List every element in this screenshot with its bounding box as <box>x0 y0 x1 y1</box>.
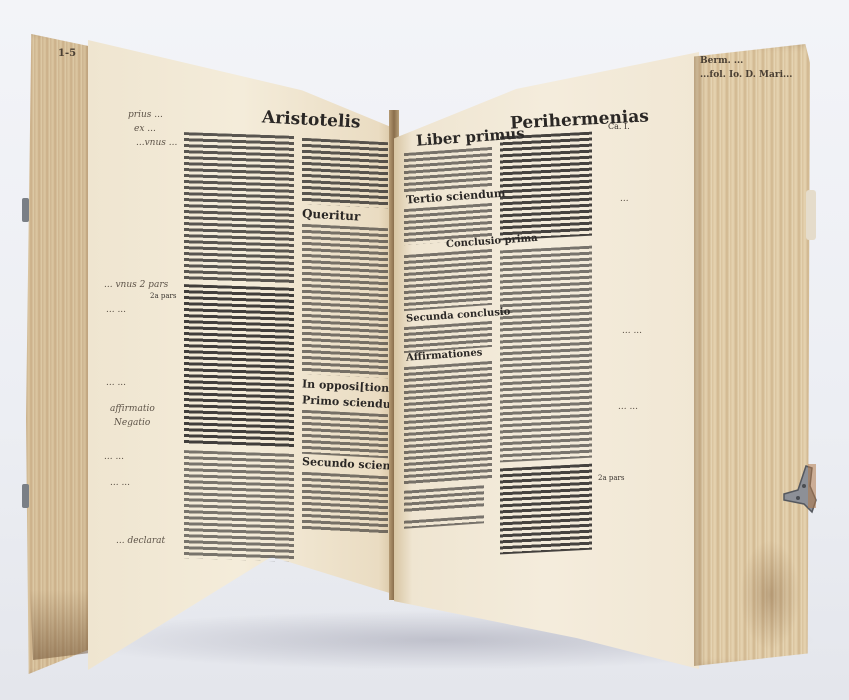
marginalia-left-top-3: ...vnus ... <box>136 138 177 148</box>
marginalia-left-bottom-3: ... declarat <box>116 536 165 546</box>
right-column-2-text-large-bottom <box>500 464 592 555</box>
left-column-1-text-large <box>184 284 294 448</box>
left-column-2-text-top <box>302 138 388 209</box>
chapter-label: Ca. I. <box>608 122 630 131</box>
left-edge-annotation: 1-5 <box>58 48 76 59</box>
clasp-strap-upper <box>806 190 816 240</box>
right-column-1-text-top <box>404 147 492 193</box>
marginalia-left-top-2: ex ... <box>134 124 156 134</box>
right-column-2-text-large-top <box>500 132 592 241</box>
right-column-2-text-mid <box>500 246 592 463</box>
left-margin-part-label: 2a pars <box>150 292 176 300</box>
marginalia-left-bottom-1: ... ... <box>104 452 124 462</box>
left-heading-queritur: Queritur <box>302 206 361 223</box>
marginalia-right-2: ... ... <box>622 326 642 336</box>
metal-clasp-icon <box>780 460 820 520</box>
marginalia-left-middle-1: ... vnus 2 pars <box>104 280 168 290</box>
left-fore-edge <box>26 34 92 674</box>
right-edge-annotation-1: Berm. ... <box>700 56 743 66</box>
marginalia-right-1: ... <box>620 194 629 204</box>
marginalia-left-negatio: Negatio <box>114 418 150 428</box>
right-edge-stain <box>740 540 800 650</box>
left-edge-stain <box>30 590 90 660</box>
left-column-2-text-bottom <box>302 472 388 535</box>
marginalia-right-3: ... ... <box>618 402 638 412</box>
marginalia-left-middle-2: ... ... <box>106 305 126 315</box>
left-column-1-text-top <box>184 132 294 284</box>
left-column-2-text-mid <box>302 224 388 379</box>
right-column-1-text-3 <box>404 249 492 311</box>
left-column-2-text-lower <box>302 410 388 459</box>
marginalia-left-affirmatio: affirmatio <box>110 404 155 414</box>
right-margin-part-label: 2a pars <box>598 474 624 482</box>
clasp-hinge-upper <box>22 198 29 222</box>
left-column-1-text-bottom <box>184 450 294 562</box>
marginalia-left-top-1: prius ... <box>128 110 163 120</box>
marginalia-left-bottom-2: ... ... <box>110 478 130 488</box>
right-edge-annotation-2: ...fol. Io. D. Mari... <box>700 70 792 80</box>
clasp-hinge-lower <box>22 484 29 508</box>
right-column-1-text-5 <box>404 361 492 485</box>
marginalia-left-lower-1: ... ... <box>106 378 126 388</box>
